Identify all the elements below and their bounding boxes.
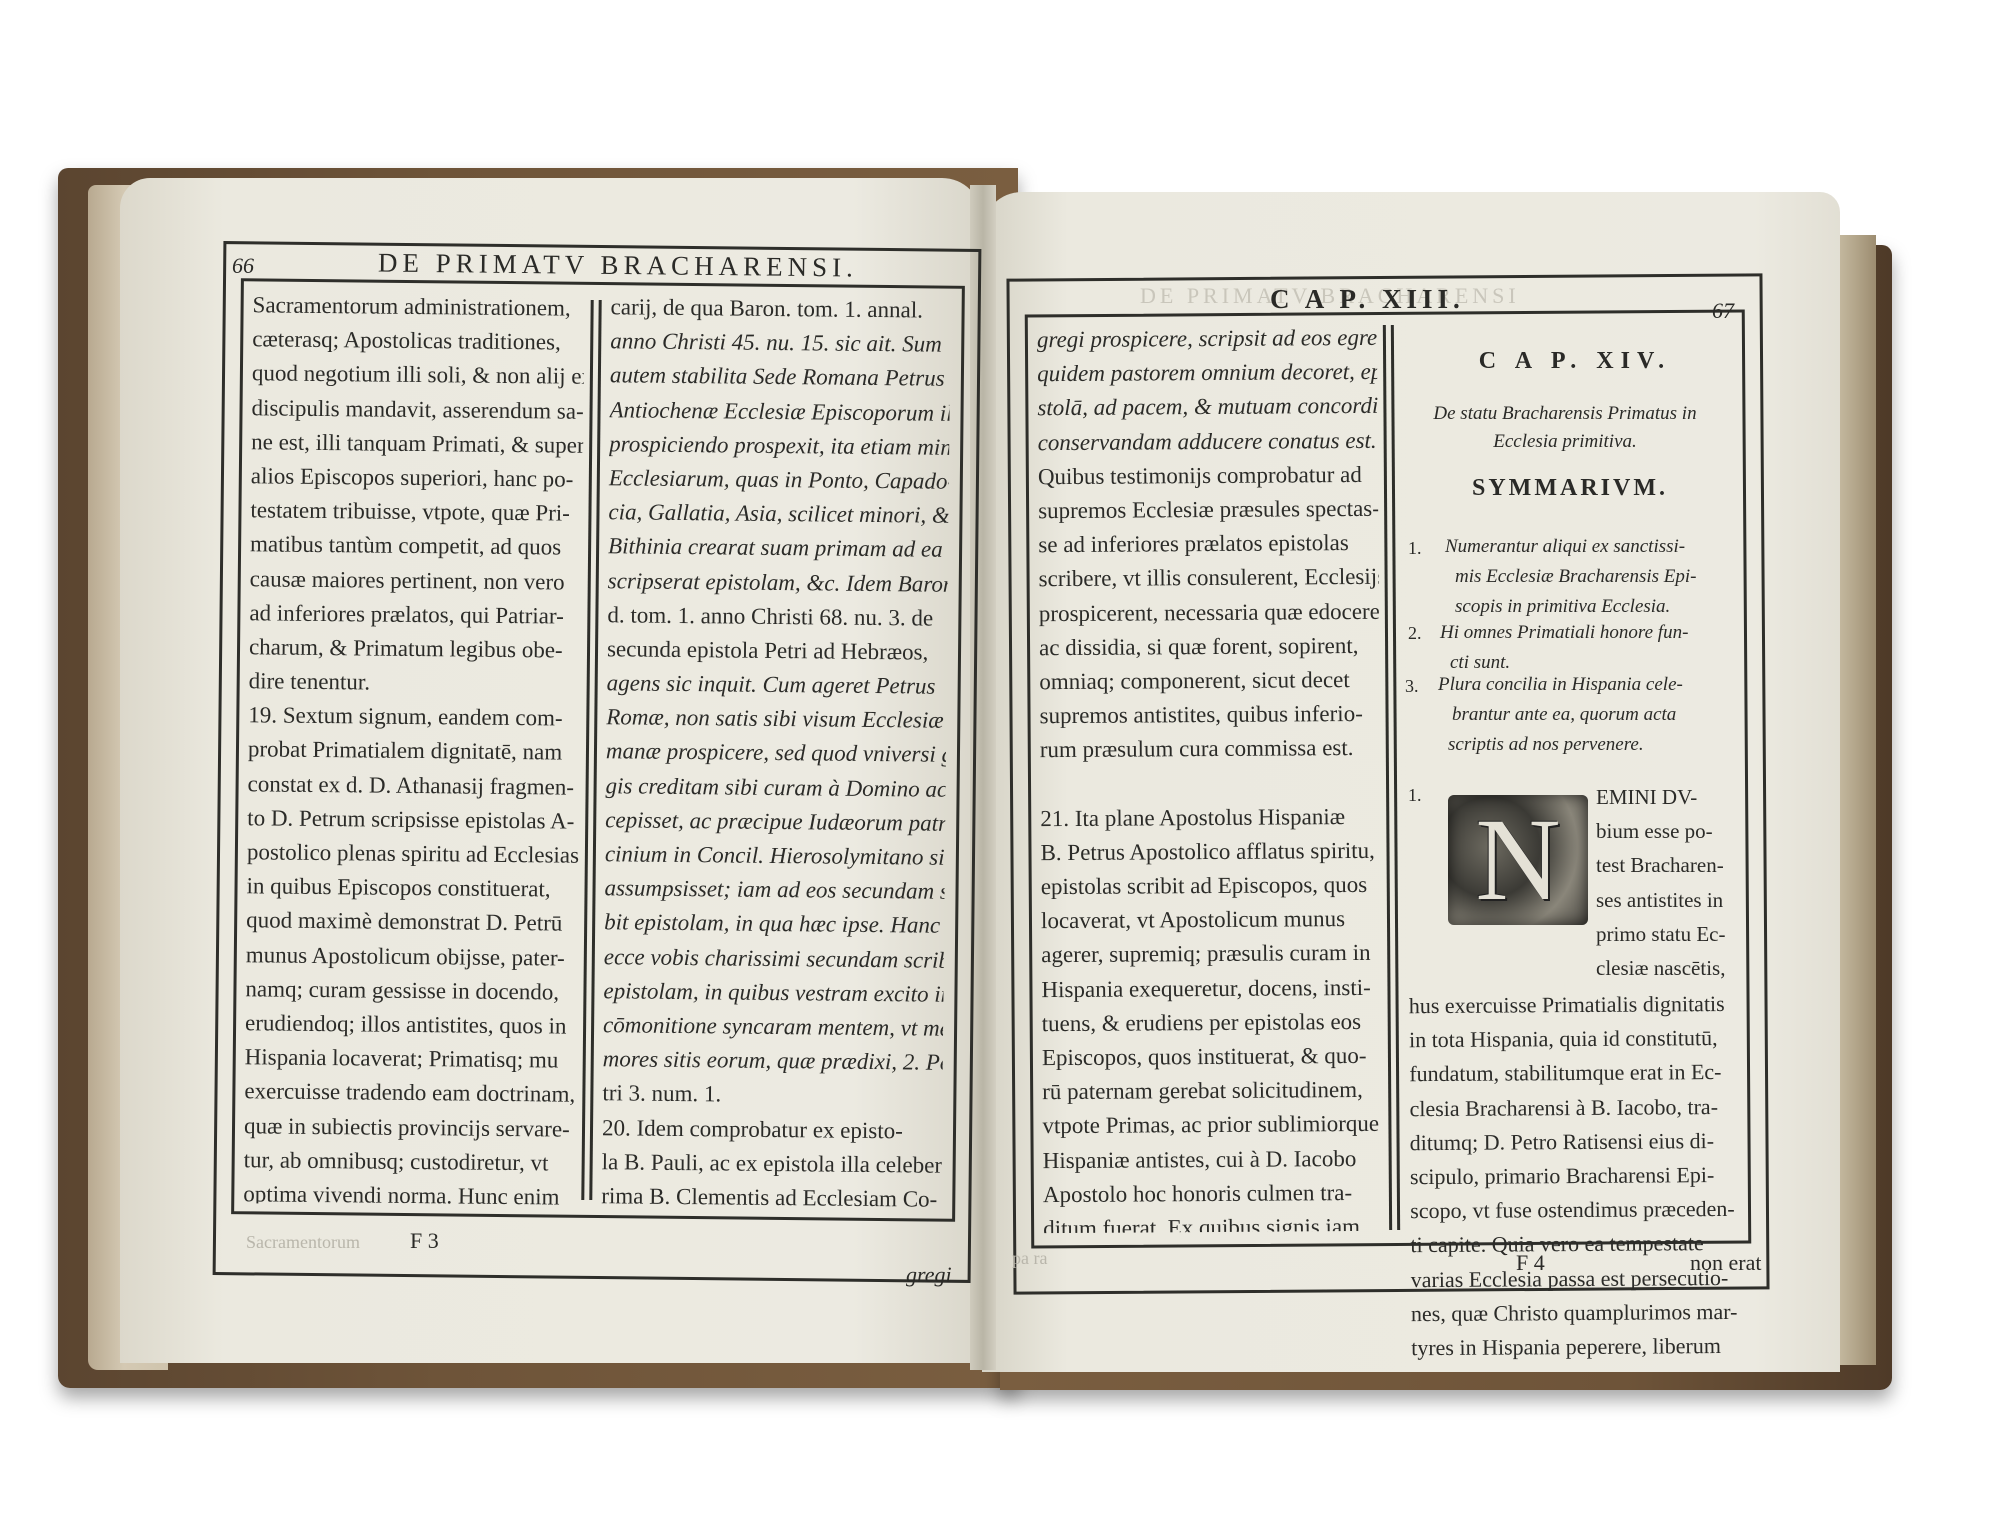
text-line: discipulis mandavit, asserendum sa- xyxy=(251,391,583,429)
text-line: alios Episcopos superiori, hanc po- xyxy=(251,459,583,497)
section-number: 1. xyxy=(1408,785,1422,806)
right-running-head: C A P. XIII. xyxy=(1270,284,1465,315)
text-line: agerer, supremiq; præsulis curam in xyxy=(1041,936,1381,973)
text-line: agens sic inquit. Cum ageret Petrus xyxy=(607,666,947,704)
text-line: Hispaniæ antistes, cui à D. Iacobo xyxy=(1043,1141,1383,1178)
text-line: tri 3. num. 1. xyxy=(602,1077,942,1115)
text-line: gregi prospicere, scripsit ad eos egregi… xyxy=(1037,321,1377,358)
text-line: quod negotium illi soli, & non alij ex xyxy=(252,357,584,395)
text-line: 19. Sextum signum, eandem com- xyxy=(248,699,580,737)
text-line: rū paternam gerebat solicitudinem, xyxy=(1042,1073,1382,1110)
summary-item-number: 1. xyxy=(1408,538,1422,559)
left-page-column-1: Sacramentorum administrationem,cæterasq;… xyxy=(243,288,585,1206)
text-line: se ad inferiores prælatos epistolas xyxy=(1038,526,1378,563)
text-line: erudiendoq; illos antistites, quos in xyxy=(245,1006,577,1044)
summary-item-number: 3. xyxy=(1405,676,1419,697)
text-line: probat Primatialem dignitatē, nam xyxy=(248,733,580,771)
text-line: ses antistites in xyxy=(1596,883,1746,917)
right-faded-bleedthrough: pa ra xyxy=(1012,1248,1047,1269)
text-line: ad inferiores prælatos, qui Patriar- xyxy=(249,596,581,634)
text-line: constat ex d. D. Athanasij fragmen- xyxy=(247,767,579,805)
right-page-column-2-body: hus exercuisse Primatialis dignitatisin … xyxy=(1409,987,1752,1369)
text-line: supremos antistites, quibus inferio- xyxy=(1039,697,1379,734)
text-line: testatem tribuisse, vtpote, quæ Pri- xyxy=(250,493,582,531)
initial-adjacent-text: EMINI DV-bium esse po-test Bracharen-ses… xyxy=(1596,780,1746,990)
text-line: Ecclesiarum, quas in Ponto, Capado- xyxy=(609,461,949,499)
text-line: scripserat epistolam, &c. Idem Baron. xyxy=(608,564,948,602)
chapter-subtitle-line-1: De statu Bracharensis Primatus in xyxy=(1400,400,1730,428)
right-signature-mark: F 4 xyxy=(1516,1250,1545,1276)
text-line: prospiciendo prospexit, ita etiam mino- xyxy=(609,427,949,465)
text-line: omniaq; componerent, sicut decet xyxy=(1039,663,1379,700)
text-line: dire tenentur. xyxy=(249,664,581,702)
text-line: quidem pastorem omnium decoret, epi- xyxy=(1037,355,1377,392)
summary-item: Numerantur aliqui ex sanctissi- mis Eccl… xyxy=(1445,532,1745,622)
text-line: la B. Pauli, ac ex epistola illa celeber… xyxy=(601,1145,941,1183)
summary-item: Plura concilia in Hispania cele- brantur… xyxy=(1438,670,1748,760)
text-line: scribere, vt illis consulerent, Ecclesij… xyxy=(1038,560,1378,597)
text-line: cia, Gallatia, Asia, scilicet minori, & xyxy=(608,495,948,533)
right-catchword: non erat xyxy=(1690,1250,1761,1276)
text-line: epistolas scribit ad Episcopos, quos xyxy=(1041,868,1381,905)
text-line: cinium in Concil. Hierosolymitano sibi xyxy=(605,837,945,875)
text-line: manæ prospicere, sed quod vniversi gre- xyxy=(606,735,946,773)
text-line: clesia Bracharensi à B. Iacobo, tra- xyxy=(1409,1089,1749,1126)
text-line: prospicerent, necessaria quæ edocerent, xyxy=(1039,594,1379,631)
left-page-number: 66 xyxy=(232,253,254,279)
text-line: vtpote Primas, ac prior sublimiorque xyxy=(1042,1107,1382,1144)
text-line xyxy=(1040,765,1380,802)
text-line: fundatum, stabilitumque erat in Ec- xyxy=(1409,1055,1749,1092)
text-line: gis creditam sibi curam à Domino ac- xyxy=(605,769,945,807)
text-line: quæ in subiectis provincijs servare- xyxy=(244,1109,576,1147)
text-line: charum, & Primatum legibus obe- xyxy=(249,630,581,668)
text-line: epistolam, in quibus vestram excito in xyxy=(603,974,943,1012)
text-line: B. Petrus Apostolico afflatus spiritu, xyxy=(1040,834,1380,871)
text-line: bium esse po- xyxy=(1596,814,1746,848)
text-line: namq; curam gessisse in docendo, xyxy=(245,972,577,1010)
text-line: causæ maiores pertinent, non vero xyxy=(250,562,582,600)
text-line: stolā, ad pacem, & mutuam concordiā xyxy=(1037,389,1377,426)
text-line: autem stabilita Sede Romana Petrus xyxy=(610,359,950,397)
summary-item-line: scriptis ad nos pervenere. xyxy=(1438,730,1748,760)
text-line: cepisset, ac præcipue Iudæorum patro- xyxy=(605,803,945,841)
text-line: postolico plenas spiritu ad Ecclesias, xyxy=(247,835,579,873)
chapter-subtitle-line-2: Ecclesia primitiva. xyxy=(1400,428,1730,456)
text-line: ecce vobis charissimi secundam scribo xyxy=(604,940,944,978)
text-line: ditum fuerat. Ex quibus signis iam xyxy=(1043,1210,1383,1233)
text-line: ac dissidia, si quæ forent, sopirent, xyxy=(1039,629,1379,666)
left-running-head: DE PRIMATV BRACHARENSI. xyxy=(378,247,858,283)
text-line: Hispania locaverat; Primatisq; mu xyxy=(245,1040,577,1078)
chapter-heading: C A P. XIV. xyxy=(1410,348,1740,375)
text-line: locaverat, vt Apostolicum munus xyxy=(1041,902,1381,939)
text-line: cōmonitione syncaram mentem, vt me- xyxy=(603,1008,943,1046)
text-line: munus Apostolicum obijsse, pater- xyxy=(246,938,578,976)
text-line: rima B. Clementis ad Ecclesiam Co- xyxy=(601,1179,941,1209)
text-line: tyres in Hispania peperere, liberum xyxy=(1411,1329,1751,1366)
text-line: Quibus testimonijs comprobatur ad xyxy=(1038,458,1378,495)
text-line: Bithinia crearat suam primam ad ea xyxy=(608,530,948,568)
text-line: secunda epistola Petri ad Hebræos, xyxy=(607,632,947,670)
left-signature-mark: F 3 xyxy=(410,1228,439,1254)
text-line: d. tom. 1. anno Christi 68. nu. 3. de xyxy=(607,598,947,636)
text-line: scipulo, primario Bracharensi Epi- xyxy=(1410,1158,1750,1195)
text-line: EMINI DV- xyxy=(1596,780,1746,814)
text-line: conservandam adducere conatus est. xyxy=(1038,423,1378,460)
text-line: Antiochenæ Ecclesiæ Episcoporum illi xyxy=(609,393,949,431)
text-line: in tota Hispania, quia id constitutū, xyxy=(1409,1021,1749,1058)
decorated-initial-letter: N xyxy=(1448,795,1588,925)
summary-item-line: brantur ante ea, quorum acta xyxy=(1438,700,1748,730)
right-page-column-1: gregi prospicere, scripsit ad eos egregi… xyxy=(1037,321,1383,1233)
text-line: Apostolo hoc honoris culmen tra- xyxy=(1043,1175,1383,1212)
text-line: anno Christi 45. nu. 15. sic ait. Sum xyxy=(610,324,950,362)
summary-item-line: Hi omnes Primatiali honore fun- xyxy=(1440,618,1740,648)
text-line: Romæ, non satis sibi visum Ecclesiæ Ro- xyxy=(606,700,946,738)
text-line: mores sitis eorum, quæ prædixi, 2. Pe- xyxy=(603,1042,943,1080)
text-line: supremos Ecclesiæ præsules spectas- xyxy=(1038,492,1378,529)
summary-heading: SYMMARIVM. xyxy=(1410,475,1730,502)
left-catchword: gregi xyxy=(906,1262,952,1288)
text-line: bit epistolam, in qua hæc ipse. Hanc xyxy=(604,906,944,944)
text-line: primo statu Ec- xyxy=(1596,917,1746,951)
text-line: nes, quæ Christo quamplurimos mar- xyxy=(1411,1294,1751,1331)
text-line: tur, ab omnibusq; custodiretur, vt xyxy=(243,1143,575,1181)
text-line: exercuisse tradendo eam doctrinam, xyxy=(244,1075,576,1113)
summary-item-line: Numerantur aliqui ex sanctissi- xyxy=(1445,532,1745,562)
summary-item-number: 2. xyxy=(1408,623,1422,644)
text-line: hus exercuisse Primatialis dignitatis xyxy=(1409,987,1749,1024)
text-line: rum præsulum cura commissa est. xyxy=(1040,731,1380,768)
text-line: Hispania exequeretur, docens, insti- xyxy=(1041,970,1381,1007)
text-line: 21. Ita plane Apostolus Hispaniæ xyxy=(1040,799,1380,836)
right-page-number: 67 xyxy=(1712,298,1734,324)
text-line: Episcopos, quos instituerat, & quo- xyxy=(1042,1039,1382,1076)
initial-letter-glyph: N xyxy=(1475,801,1560,919)
text-line: in quibus Episcopos constituerat, xyxy=(246,869,578,907)
summary-item-line: Plura concilia in Hispania cele- xyxy=(1438,670,1748,700)
text-line: carij, de qua Baron. tom. 1. annal. xyxy=(610,290,950,328)
text-line: optima vivendi norma. Hunc enim xyxy=(243,1177,575,1207)
text-line: test Bracharen- xyxy=(1596,848,1746,882)
text-line: to D. Petrum scripsisse epistolas A- xyxy=(247,801,579,839)
text-line: Sacramentorum administrationem, xyxy=(252,288,584,326)
text-line: ne est, illi tanquam Primati, & super xyxy=(251,425,583,463)
text-line: tuens, & erudiens per epistolas eos xyxy=(1042,1005,1382,1042)
summary-item-line: mis Ecclesiæ Bracharensis Epi- xyxy=(1445,562,1745,592)
text-line: matibus tantùm competit, ad quos xyxy=(250,528,582,566)
text-line: quod maximè demonstrat D. Petrū xyxy=(246,904,578,942)
text-line: assumpsisset; iam ad eos secundam scri- xyxy=(604,871,944,909)
left-page-column-2: carij, de qua Baron. tom. 1. annal.anno … xyxy=(601,290,951,1209)
text-line: 20. Idem comprobatur ex episto- xyxy=(602,1111,942,1149)
text-line: clesiæ nascētis, xyxy=(1596,951,1746,985)
text-line: scopo, vt fuse ostendimus præceden- xyxy=(1410,1192,1750,1229)
text-line: ditumq; D. Petro Ratisensi eius di- xyxy=(1410,1124,1750,1161)
left-faded-bleedthrough: Sacramentorum xyxy=(246,1232,360,1253)
text-line: cæterasq; Apostolicas traditiones, xyxy=(252,322,584,360)
summary-item: Hi omnes Primatiali honore fun- cti sunt… xyxy=(1440,618,1740,678)
